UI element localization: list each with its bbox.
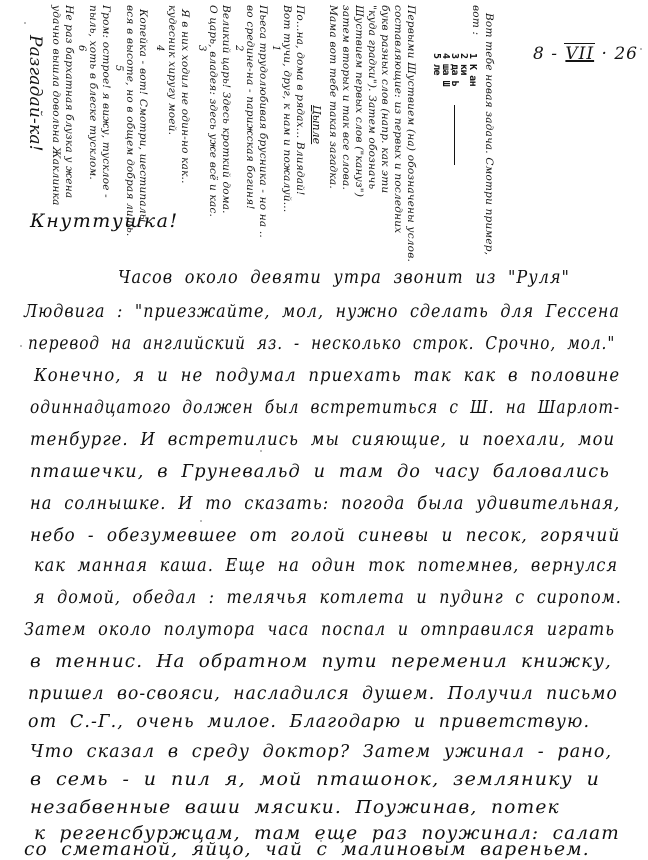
body-line: тенбурге. И встретились мы сияющие, и по… <box>30 430 615 450</box>
body-line: пришел во-свояси, насладился душем. Полу… <box>28 684 618 704</box>
body-line: пташечки, в Груневальд и там до часу бал… <box>30 462 610 482</box>
puzzle-grid: 1 К ан 2 ки 3 да Ь 4 ша Ш 5 ле <box>432 53 477 86</box>
body-line: Часов около девяти утра звонит из "Руля" <box>118 268 570 288</box>
riddle-line: кудесник хиругу моей. <box>166 5 178 135</box>
margin-paragraph-line: букв разных слов (напр. как эти <box>379 5 391 193</box>
riddle-number: 5 <box>113 65 124 71</box>
scan-speck <box>200 520 202 522</box>
riddle-line: вo средине-на - парижская богиня! <box>244 5 256 210</box>
riddle-line: Гром: острое! я вижу, тусклое - <box>100 5 112 198</box>
margin-paragraph-line: составляющие: из первых и последних <box>392 5 404 233</box>
margin-paragraph-line: Шуствием первых слов ("кануз") <box>353 5 365 197</box>
body-line: со сметаной, яйцо, чай с малиновым варен… <box>24 840 590 860</box>
puzzle-grid-row: 1 К ан <box>468 53 477 86</box>
body-line: в теннис. На обратном пути переменил кни… <box>30 652 612 672</box>
riddle-number: 4 <box>154 45 165 51</box>
riddle-line: Не раз бархатная блузка у жена <box>63 5 75 198</box>
riddle-line: Копейка - вот! Смотри, шестипалы <box>137 9 149 222</box>
margin-header-line-1: Вот тебе новая задача. Смотри пример, <box>483 13 495 255</box>
riddle-line: пыль, хоть в блеске тусклом. <box>87 5 99 180</box>
body-line: Конечно, я и не подумал приехать так как… <box>34 366 620 386</box>
riddle-line: Пьеса трудолюбивая брусника - но на .. <box>257 5 269 238</box>
date-month: VII <box>564 43 595 64</box>
margin-paragraph-line: "куда градки"). Затем обозначь <box>366 5 378 189</box>
body-line: Что сказал в среду доктор? Затем ужинал … <box>30 742 612 762</box>
body-line: на солнышке. И то сказать: погода была у… <box>30 494 620 514</box>
riddle-number: 6 <box>76 45 87 51</box>
body-line: одиннадцатого должен был встретиться с Ш… <box>30 398 620 418</box>
closing-phrase: Разгадай-ка! <box>25 35 45 152</box>
manuscript-page: Вот тебе новая задача. Смотри пример, во… <box>0 0 648 860</box>
date-header: 8 - VII · 26 <box>533 44 638 64</box>
scan-speck <box>24 22 26 24</box>
date-separator: - <box>551 44 558 64</box>
puzzle-grid-row: 3 да Ь <box>450 53 459 86</box>
arrow-icon <box>453 105 455 165</box>
scan-speck <box>640 48 642 50</box>
margin-header-line-2: вот : <box>470 5 482 35</box>
margin-paragraph-line: Первыми Шуствием (на) обозначены услов. <box>405 5 417 262</box>
riddle-number: 2 <box>233 45 244 51</box>
date-day: 8 <box>533 44 545 64</box>
riddle-line: Великий царь! Здесь кроткий дома. <box>220 5 232 214</box>
riddle-line: По...на, дома в рядах... Влиядай! <box>294 5 306 196</box>
riddle-number: 3 <box>196 45 207 51</box>
scan-speck <box>150 410 152 412</box>
riddle-line: Вот тучи, друг, к нам и пожалуй... <box>281 5 293 212</box>
body-line: я домой, обедал : телячья котлета и пуди… <box>34 588 622 608</box>
date-year: · 26 <box>602 44 638 64</box>
scan-speck <box>20 345 22 347</box>
body-line: в семь - и пил я, мой пташонок, земляник… <box>30 770 600 790</box>
body-line: Затем около полутора часа поспал и отпра… <box>24 620 615 640</box>
margin-paragraph-line: Мама вот тебе такая загадка. <box>327 5 339 189</box>
puzzle-grid-row: 4 ша Ш <box>441 53 450 86</box>
body-line: от С.-Г., очень милое. Благодарю и приве… <box>28 712 590 732</box>
scan-speck <box>260 450 262 452</box>
signature: Кнуттушка! <box>30 210 179 232</box>
riddle-line: удачно вышла довольна Жаклинка <box>50 5 62 206</box>
scan-speck <box>320 840 322 842</box>
body-line: как манная каша. Еще на один ток потемне… <box>34 556 618 576</box>
margin-paragraph-line: затем вторых и так все слова. <box>340 5 352 190</box>
riddle-line: О царь, владея: здесь уже всё и кас. <box>207 5 219 217</box>
body-line: Людвига : "приезжайте, мол, нужно сделат… <box>24 302 620 322</box>
body-line: перевод на английский яз. - несколько ст… <box>28 334 615 354</box>
riddle-line: Я в них ходил не один-но как.. <box>179 9 191 184</box>
puzzle-title: Цыпле <box>310 105 323 144</box>
riddle-number: 1 <box>270 45 281 51</box>
body-line: незабвенные ваши мясики. Поужинав, потек <box>30 798 560 818</box>
riddle-line: вся в высоте, но в общем добрая лишь. <box>124 5 136 236</box>
body-line: небо - обезумевшее от голой синевы и пес… <box>30 526 620 546</box>
